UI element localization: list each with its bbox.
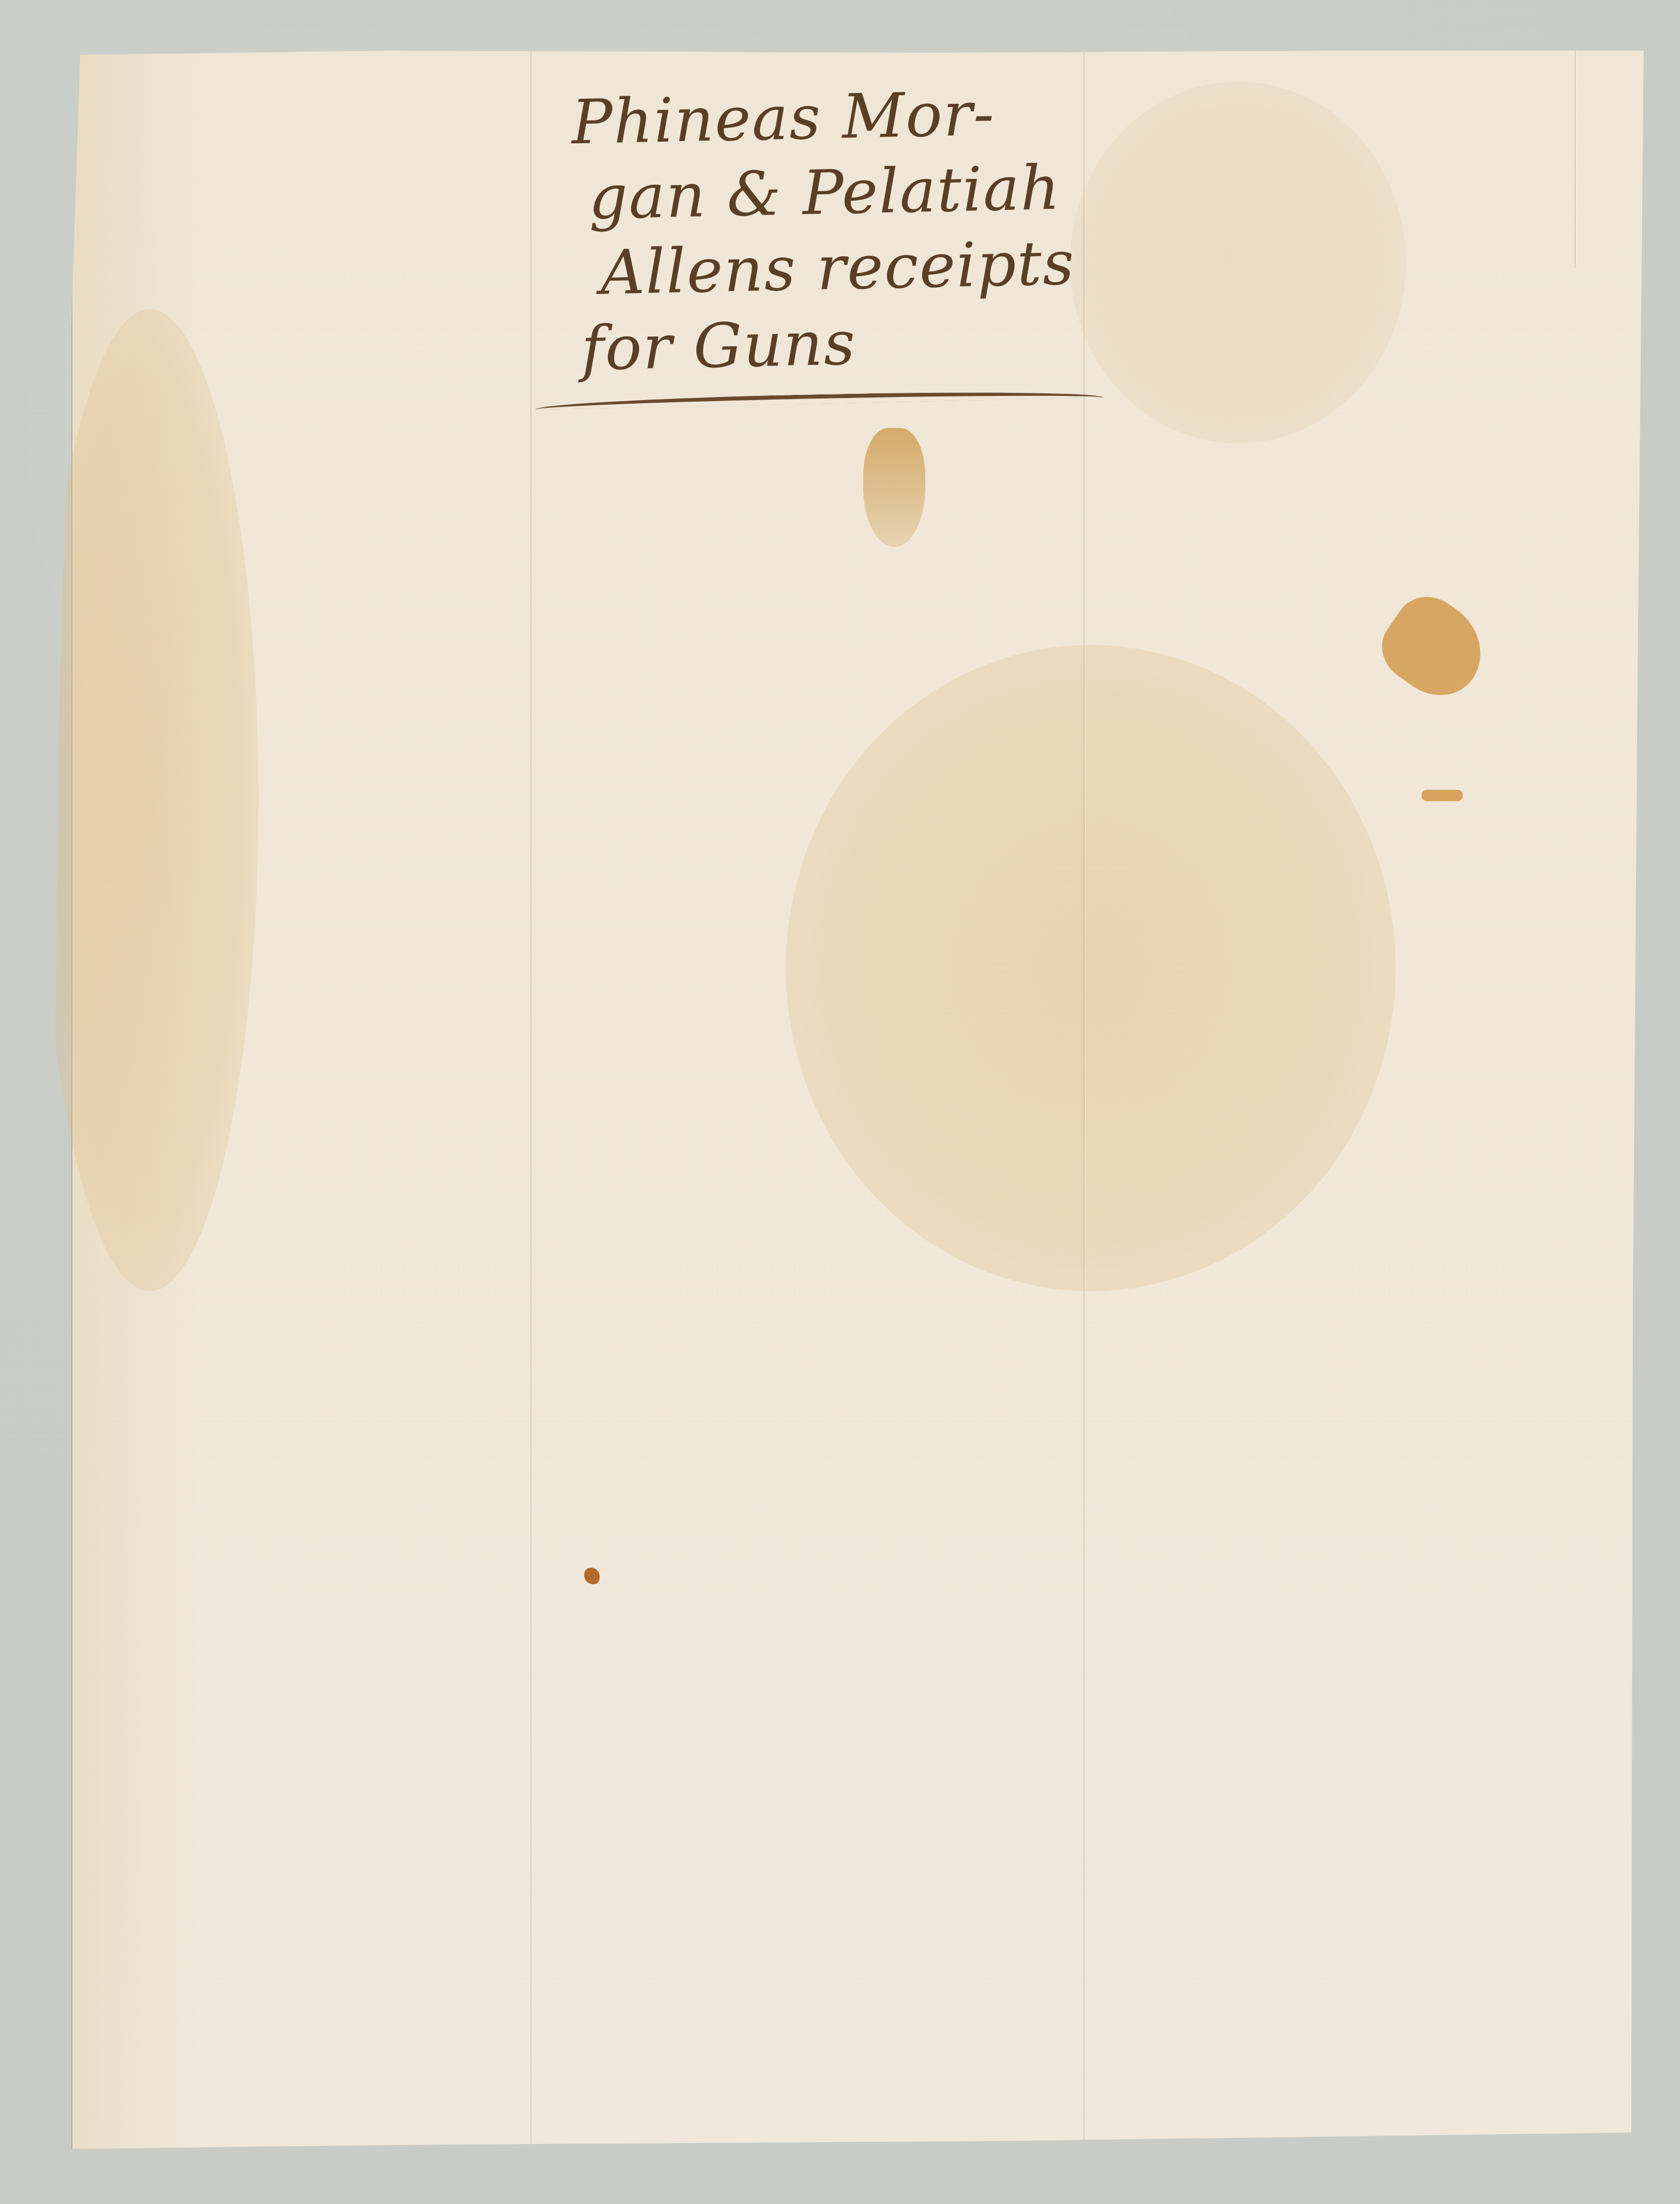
docket-line-3: Allens receipts xyxy=(558,224,1108,311)
docket-text: Phineas Mor- gan & Pelatiah Allens recei… xyxy=(555,73,1109,387)
docket-line-2: gan & Pelatiah xyxy=(557,149,1106,236)
docket-line-4: for Guns xyxy=(560,300,1109,387)
drip-stain xyxy=(863,428,925,547)
water-stain-left xyxy=(41,309,258,1291)
water-stain-top xyxy=(1070,82,1406,443)
docket-line-1: Phineas Mor- xyxy=(555,73,1105,160)
fold-line-left xyxy=(530,51,533,2149)
paper-sheet: Phineas Mor- gan & Pelatiah Allens recei… xyxy=(72,51,1644,2149)
water-stain-center xyxy=(786,645,1396,1291)
fold-line-corner xyxy=(1574,51,1577,268)
rust-mark xyxy=(1422,790,1463,801)
